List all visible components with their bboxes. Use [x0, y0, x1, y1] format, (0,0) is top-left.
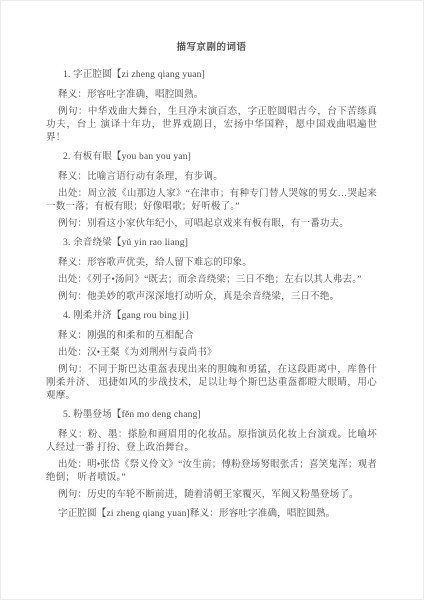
entry-1-definition: 释义：形容吐字准确，唱腔圆熟。	[46, 89, 377, 102]
footer-line: 字正腔圆【zi zheng qiang yuan]释义：形容吐字准确，唱腔圆熟。	[46, 508, 377, 521]
entry-4-source: 出处：汉•王粲《为刘荆州与袁尚书》	[46, 347, 377, 360]
entry-5-heading: 5. 粉墨登场【fěn mo deng chang]	[46, 409, 377, 422]
entry-5-example: 例句：历史的车轮不断前进，随着清朝王家覆灭，军阀又粉墨登场了。	[46, 489, 377, 502]
entry-2-definition: 释义：比喻言语行动有条理，有步调。	[46, 171, 377, 184]
entry-2-source: 出处：周立波《山那边人家》“在津市；有种专门替人哭嫁的男女…哭起来一数一落；有板…	[46, 188, 377, 214]
entry-5-definition: 释义：粉、墨：搽脸和画眉用的化妆品。原指演员化妆上台演戏。比喻坏人经过一番 打扮…	[46, 429, 377, 455]
document-page: 描写京剧的词语 1. 字正腔圆【zi zheng qiang yuan] 释义：…	[0, 0, 424, 600]
entry-2-heading: 2. 有板有眼【you ban you yan]	[46, 151, 377, 164]
entry-3-definition: 释义：形容歌声优美，给人留下难忘的印象。	[46, 257, 377, 270]
entry-4-definition: 释义：刚强的和柔和的互相配合	[46, 330, 377, 343]
entry-3-heading: 3. 余音绕梁【yǔ yin rao liang]	[46, 237, 377, 250]
entry-3-source: 出处：《列子•汤问》“既去；而余音绕梁；三日不绝；左右以其人弗去。”	[46, 274, 377, 287]
entry-1-heading: 1. 字正腔圆【zi zheng qiang yuan]	[46, 69, 377, 82]
entry-5-source: 出处：明•张岱《祭义伶文》“汝生前；傅粉登场努眼张舌；喜笑鬼浑；观者绝倒； 听者…	[46, 459, 377, 485]
entry-3-example: 例句：他美妙的歌声深深地打动听众，真是余音绕梁，三日不绝。	[46, 291, 377, 304]
page-title: 描写京剧的词语	[46, 42, 377, 55]
entry-2-example: 例句：别看这小家伙年纪小，可唱起京戏来有板有眼，有一番功夫。	[46, 218, 377, 231]
entry-1-example: 例句：中华戏曲大舞台，生旦净末演百态，字正腔圆唱古今，台下苦练真功夫，台上 演译…	[46, 106, 377, 145]
entry-4-heading: 4. 刚柔并济【gang rou bing ji]	[46, 310, 377, 323]
entry-4-example: 例句：不同于斯巴达重盔表现出来的胆魄和勇猛，在这段距离中，库鲁什刚柔并济、 迅捷…	[46, 364, 377, 403]
